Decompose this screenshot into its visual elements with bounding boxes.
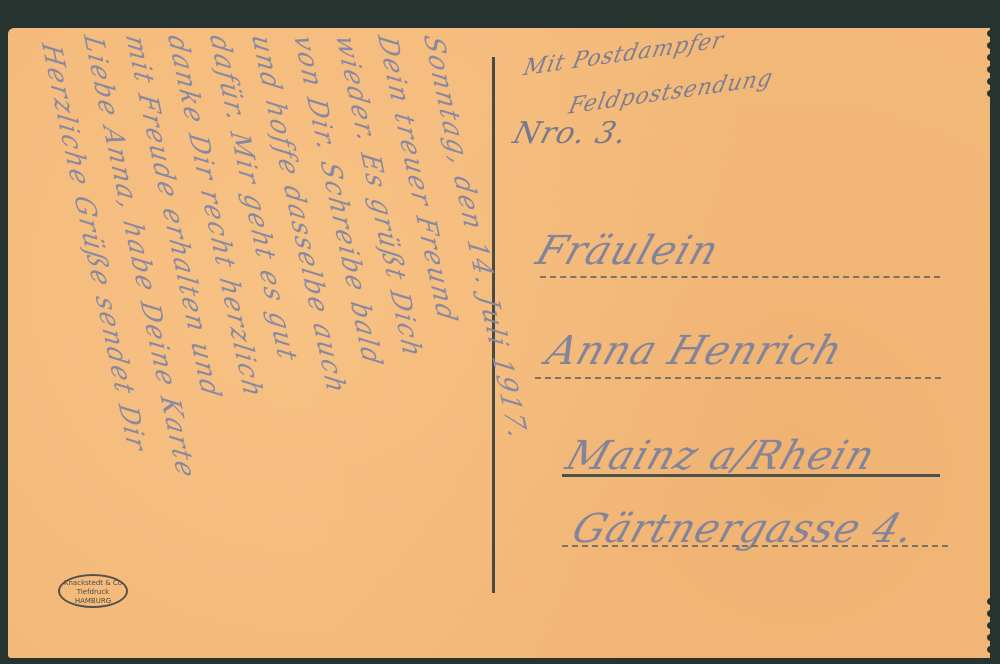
perforation: [987, 90, 994, 97]
address-salutation: Fräulein: [531, 228, 725, 274]
stamp-line1: Knackstedt & Co: [60, 579, 126, 588]
perforation: [987, 622, 994, 629]
perforation: [987, 646, 994, 653]
address-name: Anna Henrich: [541, 328, 849, 374]
address-line-2: [535, 377, 941, 379]
postcard: Mit Postdampfer Feldpostsendung Nro. 3. …: [8, 28, 990, 658]
header-note-line1: Mit Postdampfer: [521, 27, 726, 81]
address-city: Mainz a/Rhein: [561, 433, 882, 479]
perforation: [987, 78, 994, 85]
stamp-line3: HAMBURG: [60, 597, 126, 606]
perforation: [987, 634, 994, 641]
address-line-3: [562, 474, 940, 477]
card-number: Nro. 3.: [509, 116, 631, 151]
publisher-stamp: Knackstedt & Co Tiefdruck HAMBURG: [58, 574, 128, 608]
address-line-1: [540, 276, 940, 278]
perforation: [987, 66, 994, 73]
address-line-4: [562, 545, 948, 547]
perforation: [987, 30, 994, 37]
perforation: [987, 54, 994, 61]
perforation: [987, 610, 994, 617]
stamp-line2: Tiefdruck: [60, 588, 126, 597]
header-note-line2: Feldpostsendung: [566, 65, 775, 120]
perforation: [987, 42, 994, 49]
perforation: [987, 598, 994, 605]
